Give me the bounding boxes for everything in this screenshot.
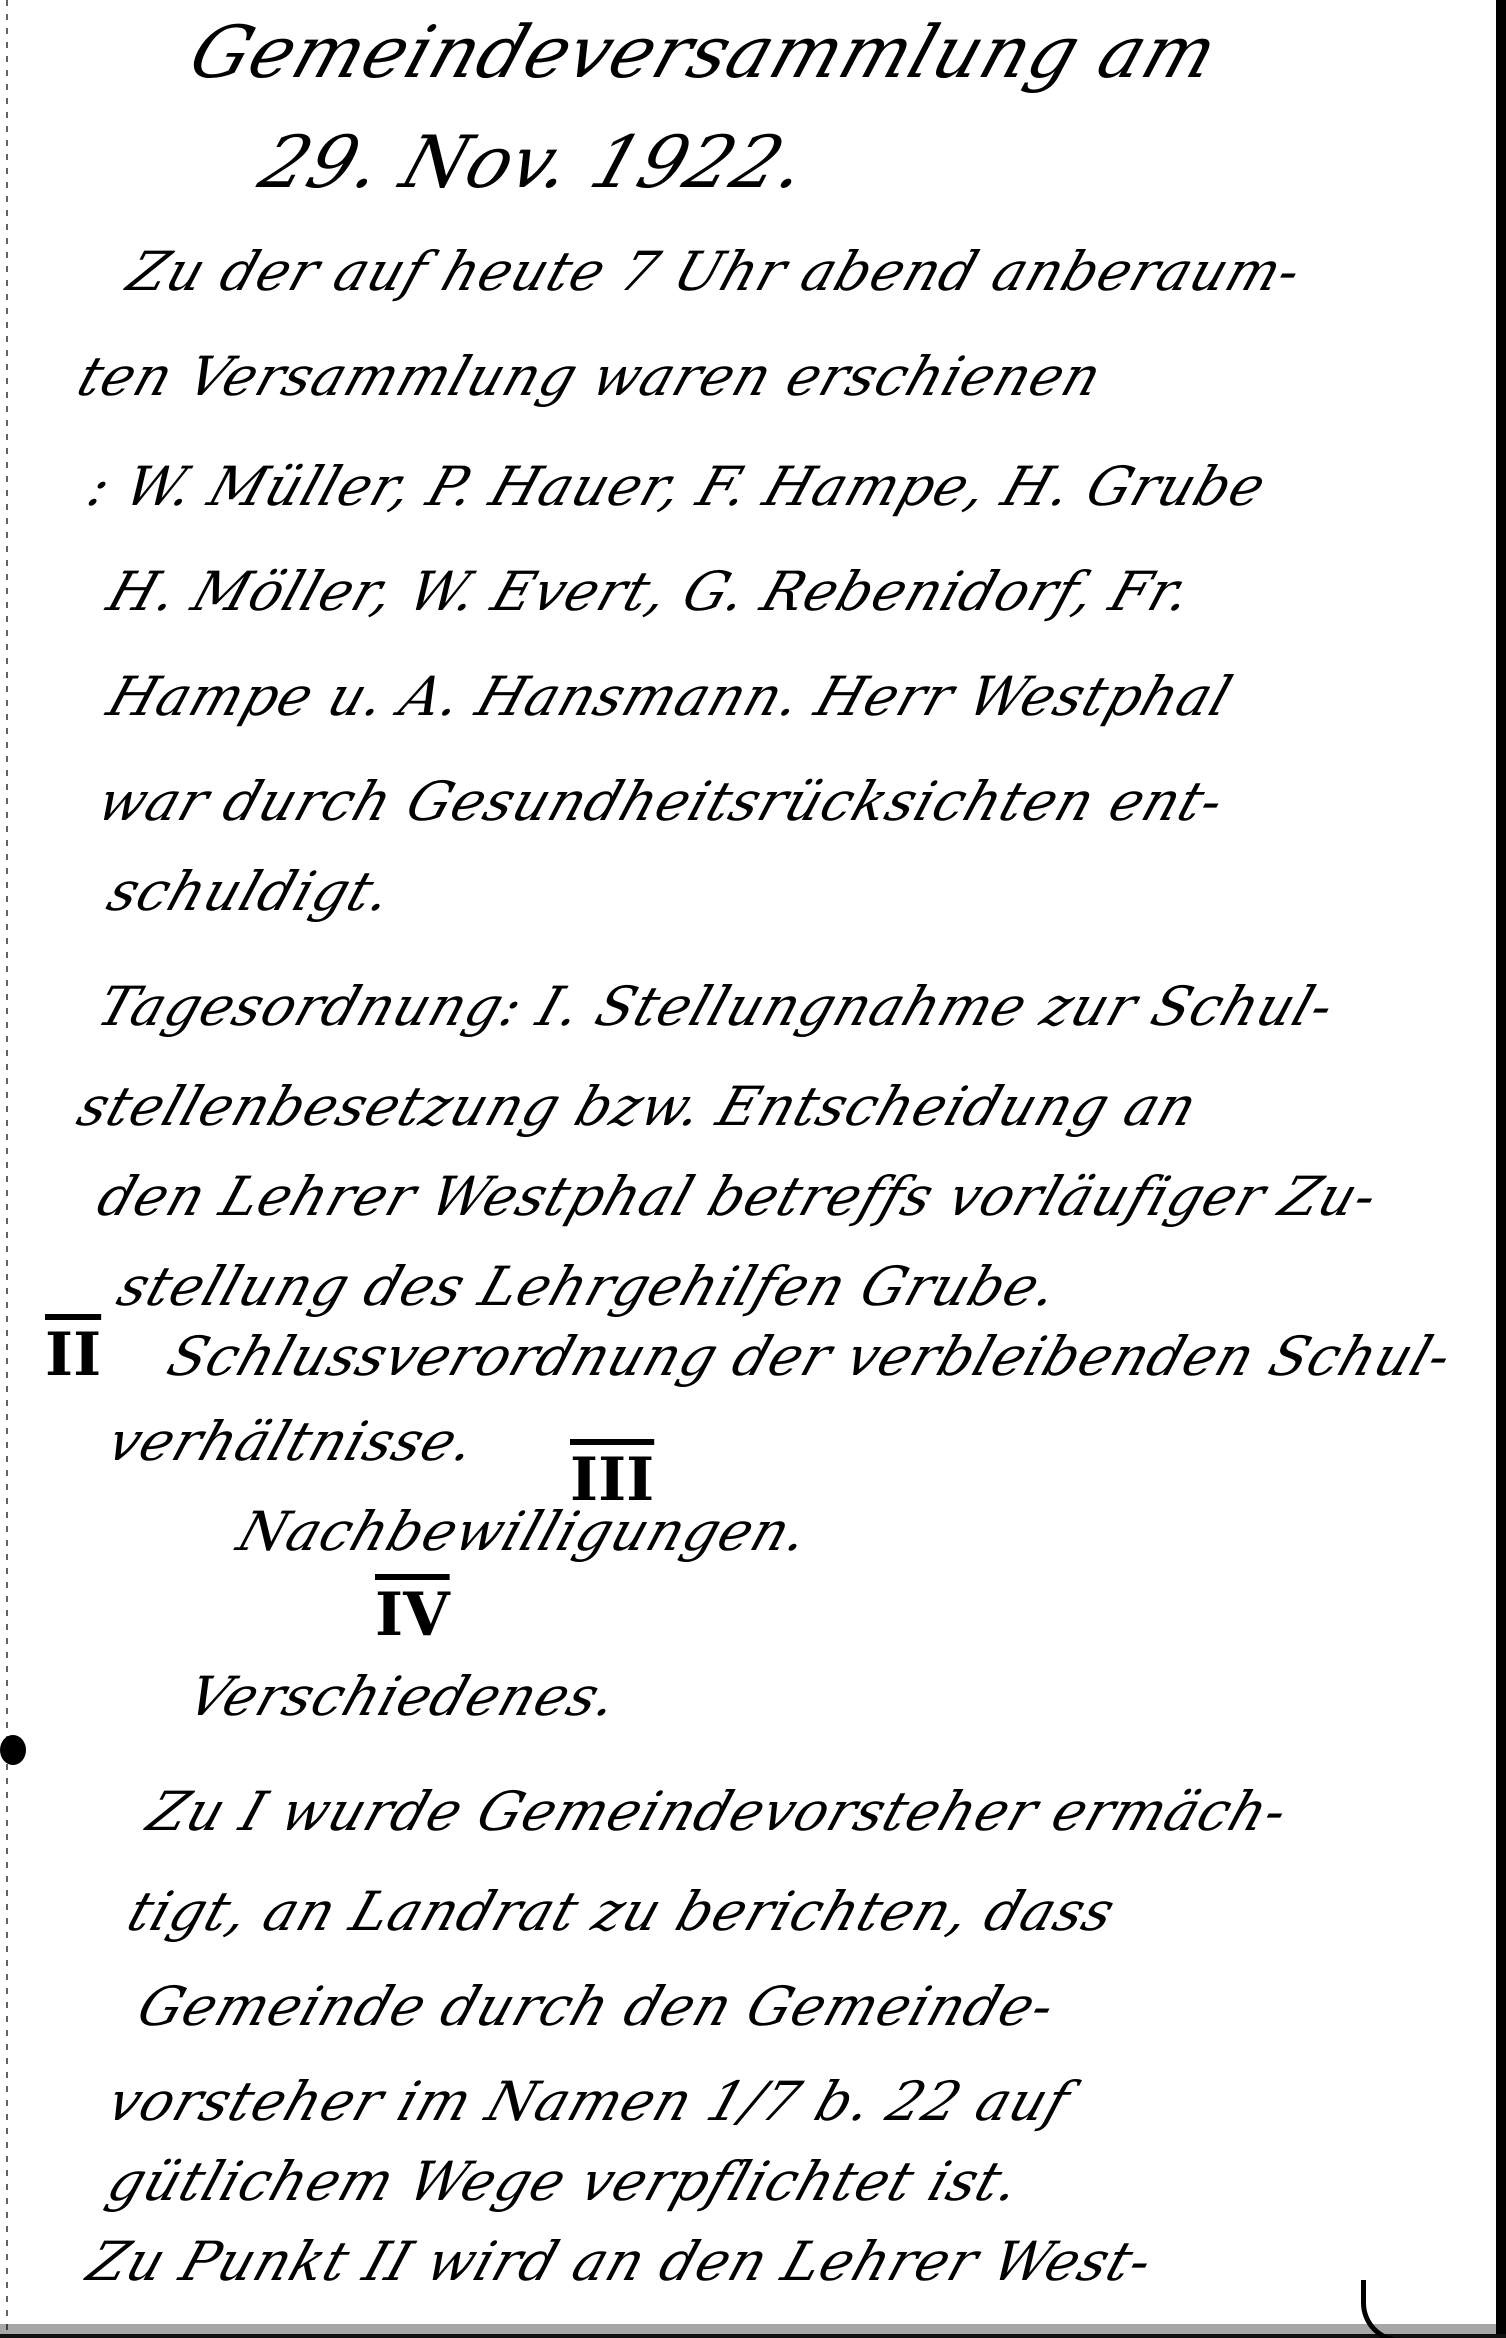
- text-line: gütlichem Wege verpflichtet ist.: [100, 2150, 1029, 2213]
- scanned-document-page: Gemeindeversammlung am 29. Nov. 1922. Zu…: [0, 0, 1506, 2338]
- text-line: Hampe u. A. Hansmann. Herr Westphal: [100, 665, 1240, 728]
- text-line: war durch Gesundheitsrücksichten ent-: [90, 770, 1232, 833]
- text-line: tigt, an Landrat zu berichten, dass: [120, 1880, 1123, 1943]
- agenda-line: Schlussverordnung der verbleibenden Schu…: [160, 1325, 1460, 1388]
- page-right-edge: [1496, 0, 1506, 2338]
- document-title-line-1: Gemeindeversammlung am: [180, 10, 1228, 94]
- agenda-line: verhältnisse.: [100, 1410, 484, 1473]
- text-line: schuldigt.: [100, 860, 401, 923]
- section-marker-iv: IV: [375, 1580, 450, 1650]
- document-title-date: 29. Nov. 1922.: [250, 120, 819, 204]
- text-line: : W. Müller, P. Hauer, F. Hampe, H. Grub…: [80, 455, 1274, 518]
- agenda-line: Nachbewilligungen.: [230, 1500, 817, 1563]
- agenda-line: den Lehrer Westphal betreffs vorläufiger…: [90, 1165, 1386, 1228]
- text-line: ten Versammlung waren erschienen: [70, 345, 1110, 408]
- text-line: H. Möller, W. Evert, G. Rebenidorf, Fr.: [100, 560, 1200, 623]
- text-line: Zu I wurde Gemeindevorsteher ermäch-: [140, 1780, 1296, 1843]
- ink-blot: [0, 1735, 26, 1765]
- page-left-edge: [6, 0, 8, 2338]
- agenda-line: Tagesordnung: I. Stellungnahme zur Schul…: [90, 975, 1342, 1038]
- agenda-line: Verschiedenes.: [180, 1665, 626, 1728]
- agenda-line: stellenbesetzung bzw. Entscheidung an: [70, 1075, 1206, 1138]
- text-line: Zu der auf heute 7 Uhr abend anberaum-: [120, 240, 1310, 303]
- agenda-line: stellung des Lehrgehilfen Grube.: [110, 1255, 1067, 1318]
- text-line: vorsteher im Namen 1/7 b. 22 auf: [100, 2070, 1078, 2133]
- section-marker-ii: II: [45, 1320, 101, 1390]
- margin-bracket-mark: [1361, 2280, 1496, 2338]
- text-line: Gemeinde durch den Gemeinde-: [130, 1975, 1063, 2038]
- text-line: Zu Punkt II wird an den Lehrer West-: [80, 2230, 1161, 2293]
- page-bottom-edge: [0, 2324, 1506, 2338]
